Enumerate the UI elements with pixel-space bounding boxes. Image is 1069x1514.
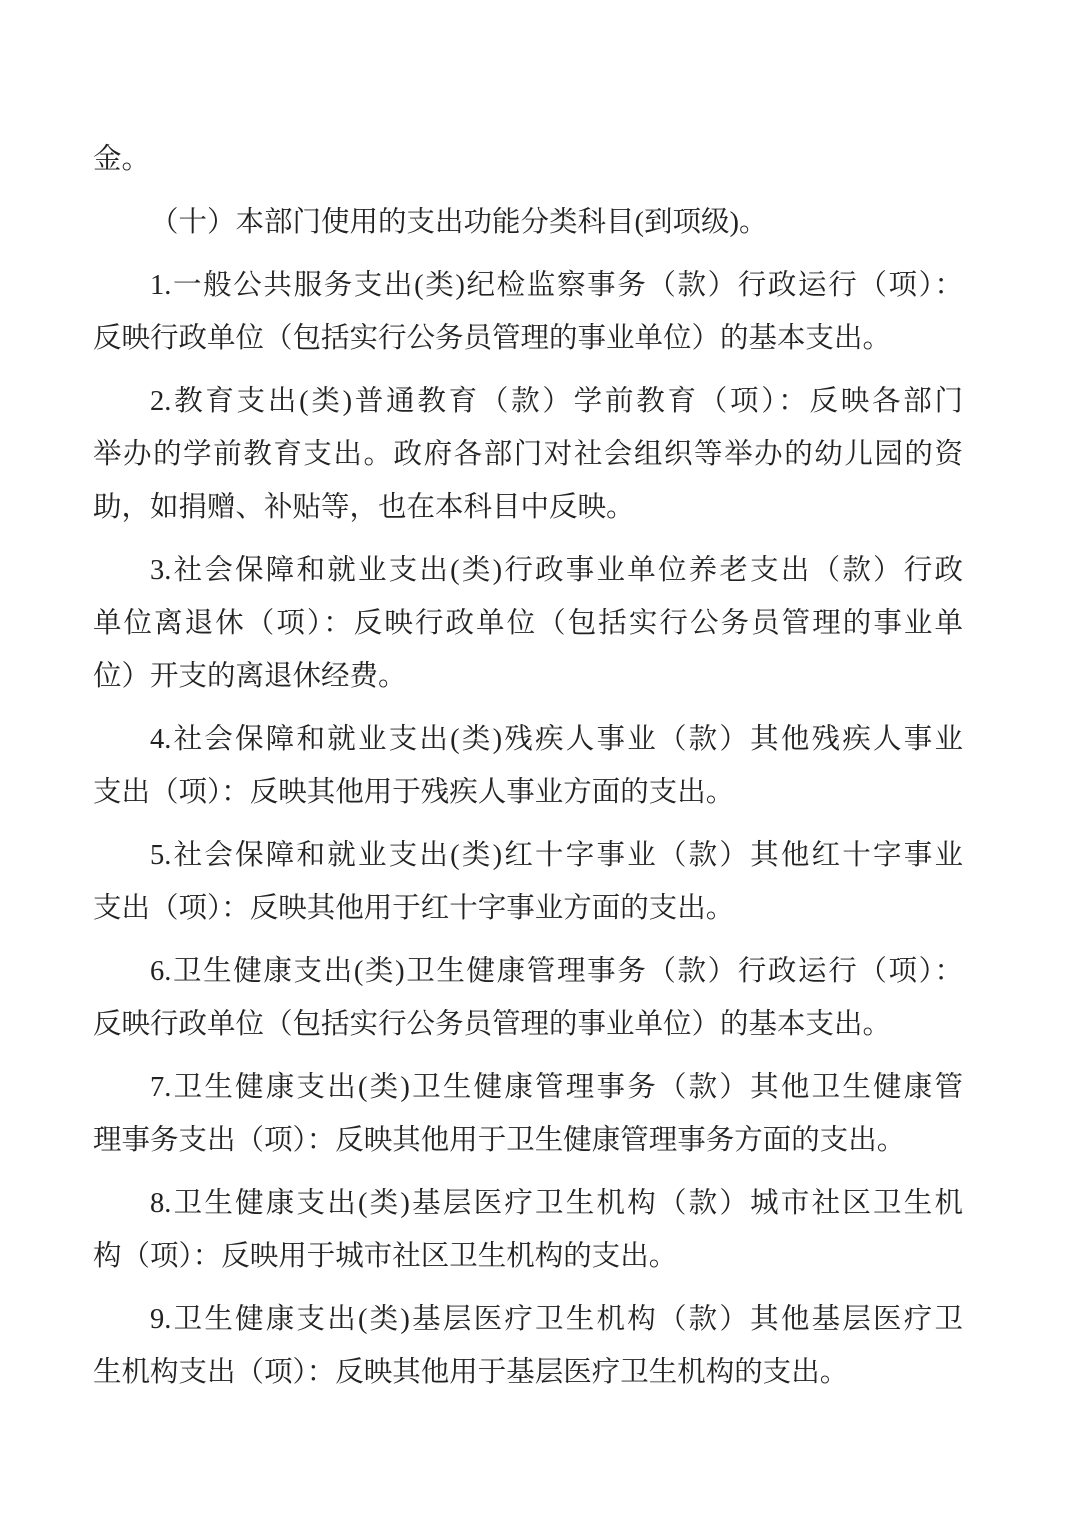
paragraph-continuation: 金。	[93, 133, 963, 186]
text-line: 位）开支的离退休经费。	[93, 650, 963, 703]
list-item-7: 7.卫生健康支出(类)卫生健康管理事务（款）其他卫生健康管 理事务支出（项）：反…	[93, 1061, 963, 1167]
text-line: 助，如捐赠、补贴等，也在本科目中反映。	[93, 481, 963, 534]
list-item-5: 5.社会保障和就业支出(类)红十字事业（款）其他红十字事业 支出（项）：反映其他…	[93, 829, 963, 935]
document-page: 金。 （十）本部门使用的支出功能分类科目(到项级)。 1.一般公共服务支出(类)…	[0, 0, 1069, 1514]
text-line: 7.卫生健康支出(类)卫生健康管理事务（款）其他卫生健康管	[93, 1061, 963, 1114]
text-line: 单位离退休（项）：反映行政单位（包括实行公务员管理的事业单	[93, 597, 963, 650]
text-line: 2.教育支出(类)普通教育（款）学前教育（项）：反映各部门	[93, 375, 963, 428]
text-line: 1.一般公共服务支出(类)纪检监察事务（款）行政运行（项）：	[93, 259, 963, 312]
text-line: 反映行政单位（包括实行公务员管理的事业单位）的基本支出。	[93, 998, 963, 1051]
text-line: 理事务支出（项）：反映其他用于卫生健康管理事务方面的支出。	[93, 1114, 963, 1167]
text-line: 支出（项）：反映其他用于红十字事业方面的支出。	[93, 882, 963, 935]
text-line: 举办的学前教育支出。政府各部门对社会组织等举办的幼儿园的资	[93, 428, 963, 481]
text-line: 生机构支出（项）：反映其他用于基层医疗卫生机构的支出。	[93, 1346, 963, 1399]
text-line: 9.卫生健康支出(类)基层医疗卫生机构（款）其他基层医疗卫	[93, 1293, 963, 1346]
list-item-3: 3.社会保障和就业支出(类)行政事业单位养老支出（款）行政 单位离退休（项）：反…	[93, 544, 963, 703]
list-item-9: 9.卫生健康支出(类)基层医疗卫生机构（款）其他基层医疗卫 生机构支出（项）：反…	[93, 1293, 963, 1399]
text-line: 反映行政单位（包括实行公务员管理的事业单位）的基本支出。	[93, 312, 963, 365]
text-line: 支出（项）：反映其他用于残疾人事业方面的支出。	[93, 766, 963, 819]
document-body: 金。 （十）本部门使用的支出功能分类科目(到项级)。 1.一般公共服务支出(类)…	[93, 133, 963, 1399]
text-line: 8.卫生健康支出(类)基层医疗卫生机构（款）城市社区卫生机	[93, 1177, 963, 1230]
text-line: 构（项）：反映用于城市社区卫生机构的支出。	[93, 1230, 963, 1283]
list-item-8: 8.卫生健康支出(类)基层医疗卫生机构（款）城市社区卫生机 构（项）：反映用于城…	[93, 1177, 963, 1283]
text-line: 6.卫生健康支出(类)卫生健康管理事务（款）行政运行（项）：	[93, 945, 963, 998]
list-item-4: 4.社会保障和就业支出(类)残疾人事业（款）其他残疾人事业 支出（项）：反映其他…	[93, 713, 963, 819]
text-line: 金。	[93, 133, 963, 186]
text-line: （十）本部门使用的支出功能分类科目(到项级)。	[93, 196, 963, 249]
list-item-2: 2.教育支出(类)普通教育（款）学前教育（项）：反映各部门 举办的学前教育支出。…	[93, 375, 963, 534]
list-item-1: 1.一般公共服务支出(类)纪检监察事务（款）行政运行（项）： 反映行政单位（包括…	[93, 259, 963, 365]
text-line: 5.社会保障和就业支出(类)红十字事业（款）其他红十字事业	[93, 829, 963, 882]
section-heading: （十）本部门使用的支出功能分类科目(到项级)。	[93, 196, 963, 249]
text-line: 3.社会保障和就业支出(类)行政事业单位养老支出（款）行政	[93, 544, 963, 597]
text-line: 4.社会保障和就业支出(类)残疾人事业（款）其他残疾人事业	[93, 713, 963, 766]
list-item-6: 6.卫生健康支出(类)卫生健康管理事务（款）行政运行（项）： 反映行政单位（包括…	[93, 945, 963, 1051]
